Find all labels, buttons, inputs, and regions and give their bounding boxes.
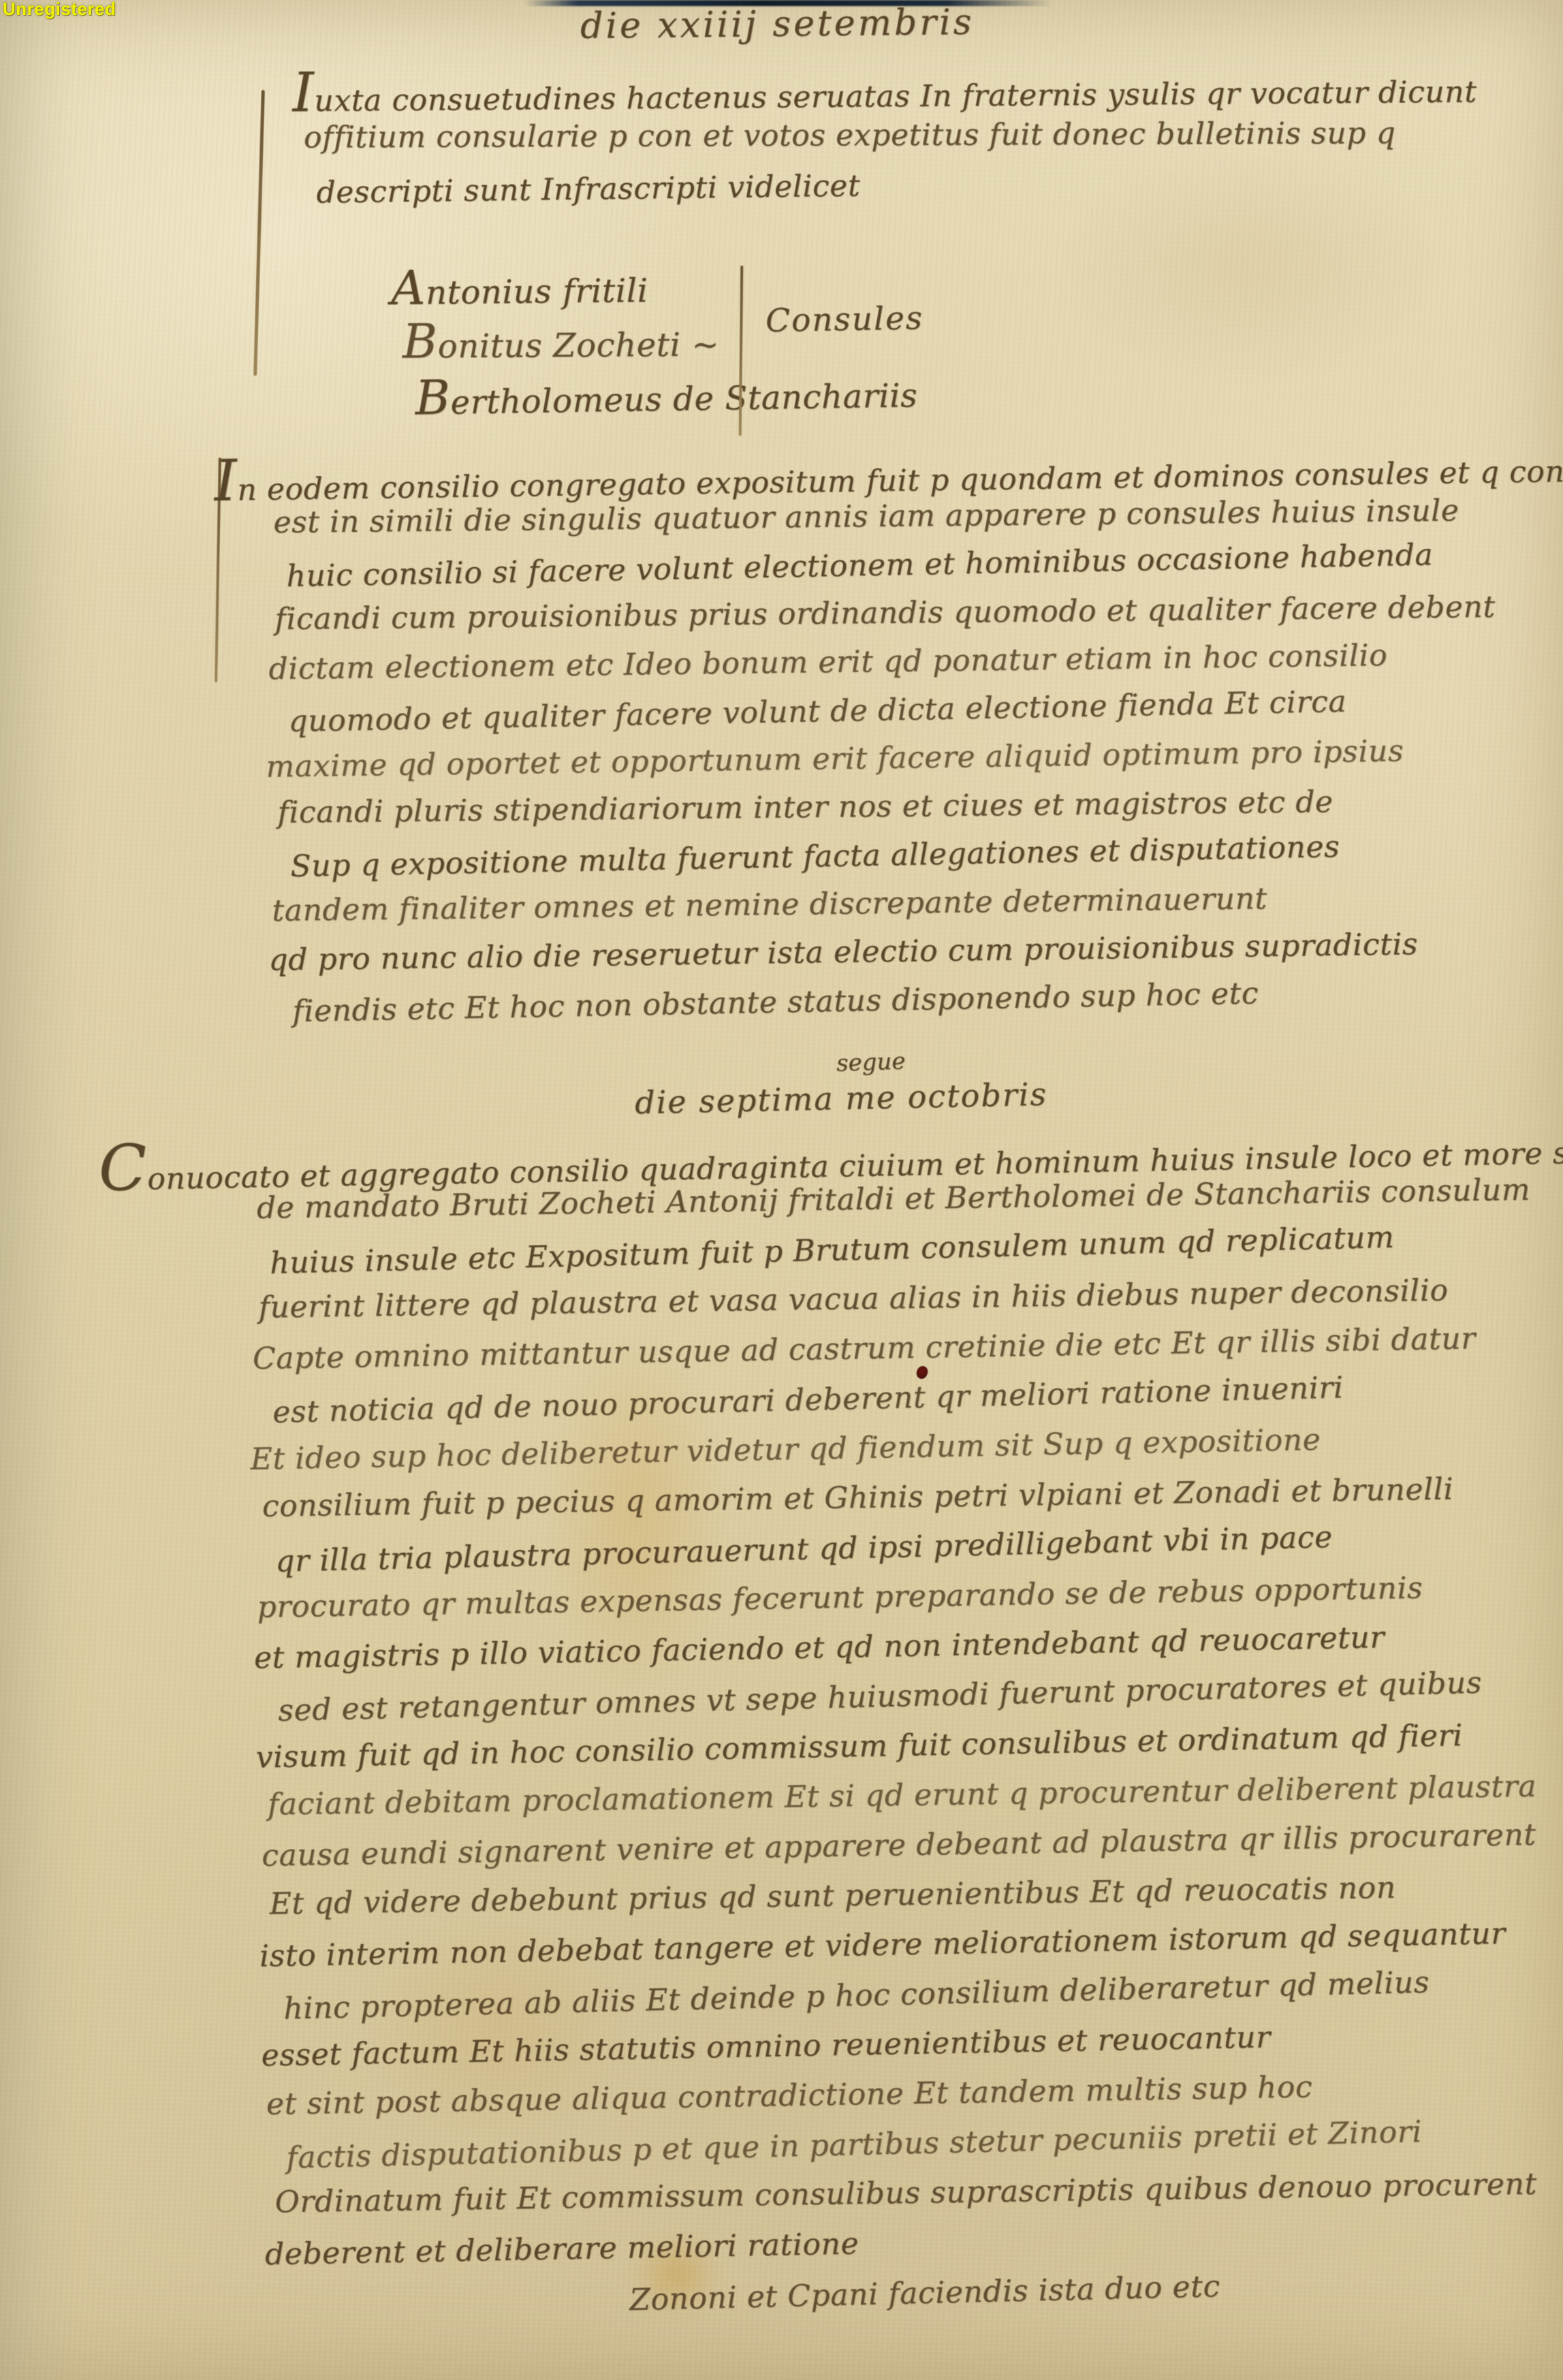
section-subheading: die septima me octobris bbox=[635, 1076, 1048, 1122]
consul-name: Bertholomeus de Stanchariis bbox=[415, 372, 918, 434]
third-paragraph: Conuocato et aggregato consilio quadragi… bbox=[244, 1120, 1563, 2337]
second-paragraph: In eodem consilio congregato expositum f… bbox=[214, 441, 1563, 1040]
manuscript-line: Iuxta consuetudines hactenus seruatas In… bbox=[292, 63, 1560, 123]
consules-label: Consules bbox=[765, 300, 924, 340]
consuls-name-list: Antonius fritili Bonitus Zocheti ~ Berth… bbox=[391, 264, 895, 433]
opening-paragraph: Iuxta consuetudines hactenus seruatas In… bbox=[292, 63, 1560, 223]
manuscript-scan: Unregistered die xxiiij setembris Iuxta … bbox=[0, 0, 1563, 2380]
initial-descender-stroke bbox=[253, 90, 265, 376]
section-subheading-small: segue bbox=[836, 1047, 906, 1077]
watermark-unregistered: Unregistered bbox=[3, 0, 116, 20]
date-heading: die xxiiij setembris bbox=[580, 2, 975, 47]
